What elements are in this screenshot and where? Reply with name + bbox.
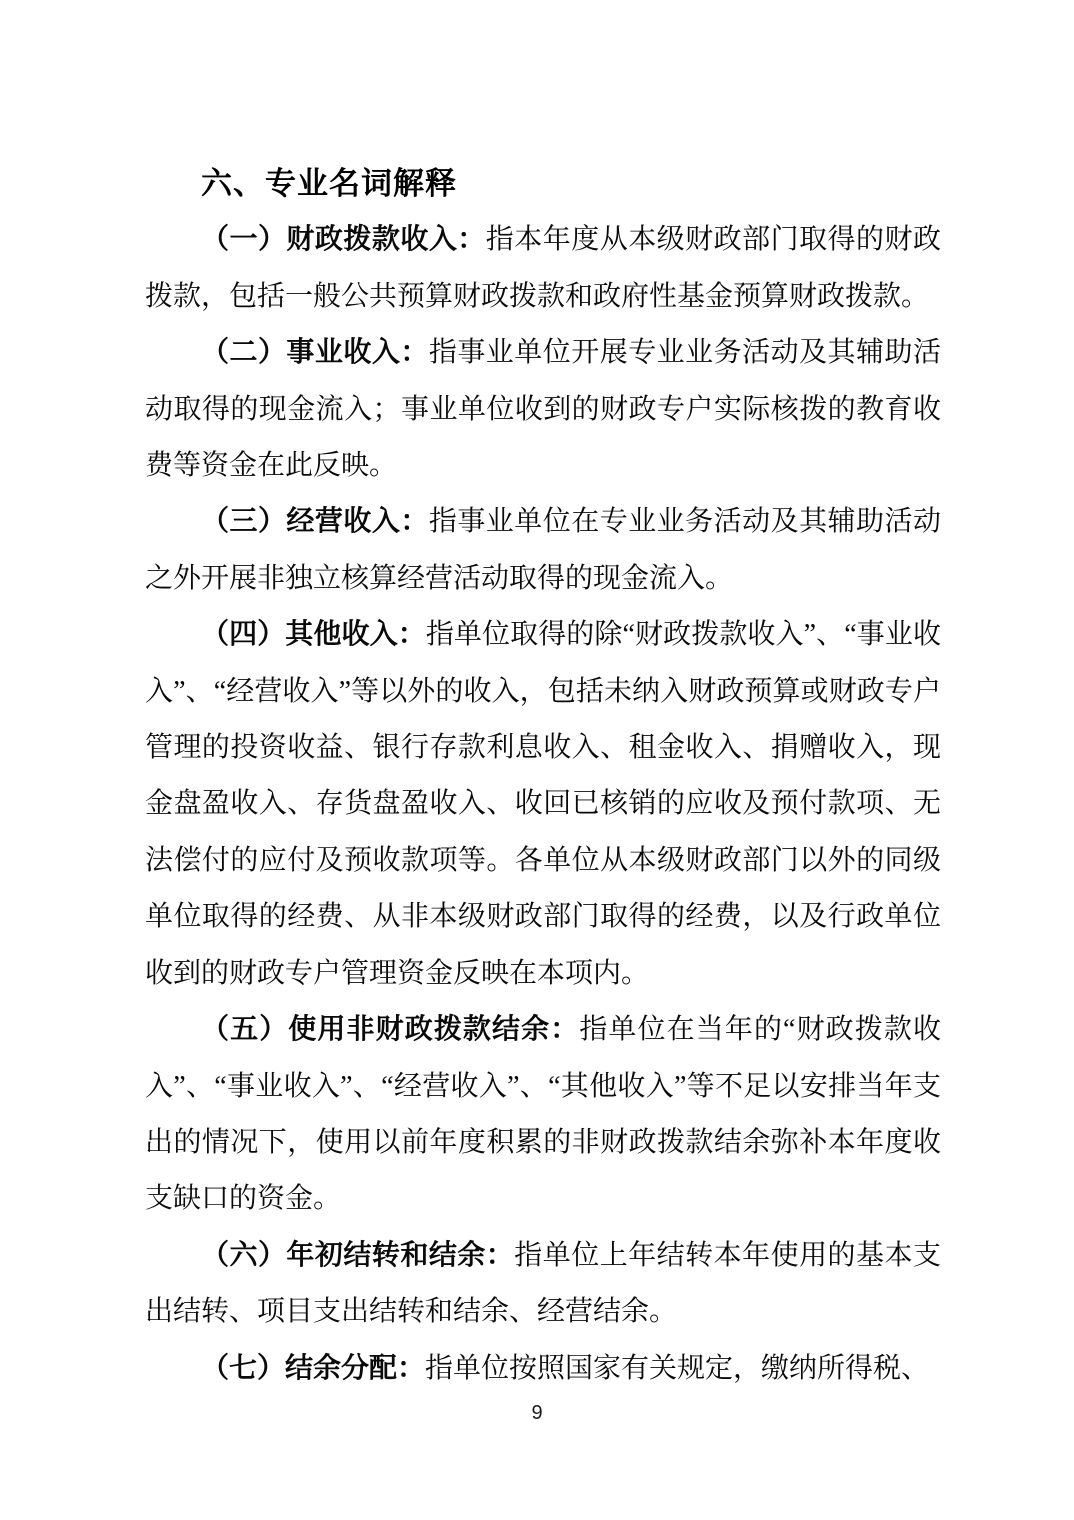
document-content: 六、专业名词解释 （一）财政拨款收入：指本年度从本级财政部门取得的财政拨款，包括…: [145, 156, 941, 1397]
definition-paragraph-use-of-non-fiscal-surplus: （五）使用非财政拨款结余：指单位在当年的“财政拨款收入”、“事业收入”、“经营收…: [145, 1002, 941, 1228]
definition-paragraph-fiscal-appropriation-income: （一）财政拨款收入：指本年度从本级财政部门取得的财政拨款，包括一般公共预算财政拨…: [145, 212, 941, 325]
term-name: （三）经营收入：: [201, 506, 429, 537]
term-name: （四）其他收入：: [201, 619, 426, 650]
definition-paragraph-institutional-income: （二）事业收入：指事业单位开展专业业务活动及其辅助活动取得的现金流入；事业单位收…: [145, 325, 941, 494]
definition-paragraph-surplus-distribution: （七）结余分配：指单位按照国家有关规定，缴纳所得税、: [145, 1341, 941, 1397]
term-definition: 指单位取得的除“财政拨款收入”、“事业收入”、“经营收入”等以外的收入，包括未纳…: [145, 619, 941, 988]
term-definition: 指单位按照国家有关规定，缴纳所得税、: [425, 1353, 929, 1384]
term-name: （五）使用非财政拨款结余：: [201, 1014, 579, 1045]
section-heading: 六、专业名词解释: [145, 156, 941, 212]
definition-paragraph-operating-income: （三）经营收入：指事业单位在专业业务活动及其辅助活动之外开展非独立核算经营活动取…: [145, 494, 941, 607]
document-page: 六、专业名词解释 （一）财政拨款收入：指本年度从本级财政部门取得的财政拨款，包括…: [0, 0, 1074, 1520]
term-name: （六）年初结转和结余：: [201, 1240, 514, 1271]
definition-paragraph-beginning-year-carryover: （六）年初结转和结余：指单位上年结转本年使用的基本支出结转、项目支出结转和结余、…: [145, 1228, 941, 1341]
definition-paragraph-other-income: （四）其他收入：指单位取得的除“财政拨款收入”、“事业收入”、“经营收入”等以外…: [145, 607, 941, 1002]
term-name: （一）财政拨款收入：: [201, 224, 486, 255]
term-name: （七）结余分配：: [201, 1353, 425, 1384]
page-number: 9: [0, 1402, 1074, 1425]
term-name: （二）事业收入：: [201, 337, 429, 368]
